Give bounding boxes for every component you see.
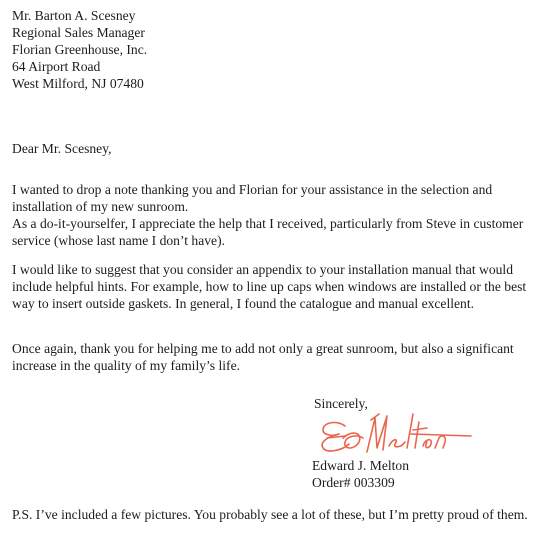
recipient-title: Regional Sales Manager xyxy=(12,24,147,41)
recipient-city-state-zip: West Milford, NJ 07480 xyxy=(12,75,147,92)
body-paragraph-2: I would like to suggest that you conside… xyxy=(12,261,547,312)
body-paragraph-1: I wanted to drop a note thanking you and… xyxy=(12,181,547,249)
salutation: Dear Mr. Scesney, xyxy=(12,140,112,157)
recipient-street: 64 Airport Road xyxy=(12,58,147,75)
postscript: P.S. I’ve included a few pictures. You p… xyxy=(12,506,547,523)
recipient-name: Mr. Barton A. Scesney xyxy=(12,7,147,24)
recipient-company: Florian Greenhouse, Inc. xyxy=(12,41,147,58)
order-number: Order# 003309 xyxy=(312,474,395,491)
body-paragraph-3: Once again, thank you for helping me to … xyxy=(12,340,547,374)
recipient-address: Mr. Barton A. Scesney Regional Sales Man… xyxy=(12,7,147,92)
signer-name: Edward J. Melton xyxy=(312,457,409,474)
handwritten-signature-icon xyxy=(315,408,475,456)
